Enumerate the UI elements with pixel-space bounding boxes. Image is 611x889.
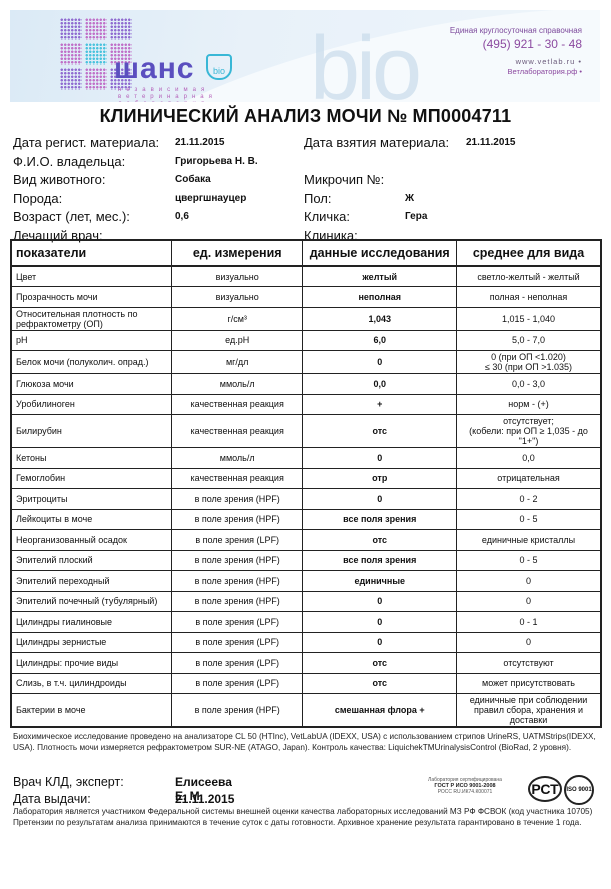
- table-row: Неорганизованный осадокв поле зрения (LP…: [11, 530, 601, 551]
- table-row: Цилиндры зернистыев поле зрения (LPF)00: [11, 632, 601, 653]
- owner-label: Ф.И.О. владельца:: [13, 154, 125, 169]
- table-row: Кетоныммоль/л00,0: [11, 448, 601, 469]
- unit-cell: качественная реакция: [171, 415, 303, 448]
- bio-watermark: bio: [310, 18, 418, 102]
- result-cell: 0: [303, 351, 457, 374]
- age-value: 0,6: [175, 211, 189, 222]
- reference-cell: 5,0 - 7,0: [457, 330, 601, 351]
- logo-bio-icon: bio: [206, 54, 232, 80]
- result-cell: 0: [303, 448, 457, 469]
- table-row: Эпителий плоскийв поле зрения (HPF)все п…: [11, 550, 601, 571]
- table-row: Эпителий почечный (тубулярный)в поле зре…: [11, 591, 601, 612]
- unit-cell: в поле зрения (LPF): [171, 632, 303, 653]
- reference-cell: 0: [457, 591, 601, 612]
- reference-cell: 0: [457, 571, 601, 592]
- param-cell: Уробилиноген: [11, 394, 171, 415]
- logo-subtitle-line: лаборатория: [118, 101, 217, 102]
- cert-line: РОСС RU.ИК74.К00071: [410, 789, 520, 795]
- results-table: показатели ед. измерения данные исследов…: [10, 239, 602, 728]
- reference-cell: норм - (+): [457, 394, 601, 415]
- reg-date-value: 21.11.2015: [175, 137, 225, 148]
- column-header: среднее для вида: [457, 240, 601, 266]
- table-row: Прозрачность мочивизуальнонеполнаяполная…: [11, 287, 601, 308]
- signature-block: Врач КЛД, эксперт: Елисеева Е. М. Дата в…: [13, 775, 124, 809]
- table-row: Цилиндры: прочие видыв поле зрения (LPF)…: [11, 653, 601, 674]
- reference-cell: отрицательная: [457, 468, 601, 489]
- table-header-row: показатели ед. измерения данные исследов…: [11, 240, 601, 266]
- pet-name-label: Кличка:: [304, 209, 350, 224]
- unit-cell: ед.pH: [171, 330, 303, 351]
- table-row: Белок мочи (полуколич. опрад.)мг/дл00 (п…: [11, 351, 601, 374]
- column-header: показатели: [11, 240, 171, 266]
- unit-cell: в поле зрения (LPF): [171, 653, 303, 674]
- sex-value: Ж: [405, 193, 414, 204]
- reference-cell: 0: [457, 632, 601, 653]
- param-cell: Белок мочи (полуколич. опрад.): [11, 351, 171, 374]
- reference-cell: 0,0 - 3,0: [457, 374, 601, 395]
- unit-cell: в поле зрения (HPF): [171, 509, 303, 530]
- reference-cell: 1,015 - 1,040: [457, 307, 601, 330]
- footer-disclaimer: Лаборатория является участником Федераль…: [13, 806, 603, 828]
- param-cell: Билирубин: [11, 415, 171, 448]
- unit-cell: ммоль/л: [171, 374, 303, 395]
- param-cell: Относительная плотность по рефрактометру…: [11, 307, 171, 330]
- unit-cell: г/см³: [171, 307, 303, 330]
- unit-cell: в поле зрения (HPF): [171, 571, 303, 592]
- result-cell: неполная: [303, 287, 457, 308]
- sample-date-value: 21.11.2015: [466, 137, 516, 148]
- table-row: Лейкоциты в мочев поле зрения (HPF)все п…: [11, 509, 601, 530]
- age-label: Возраст (лет, мес.):: [13, 209, 130, 224]
- iso-mark-icon: ISO 9001: [564, 775, 594, 805]
- logo-subtitle-line: независимая: [118, 87, 217, 94]
- method-note: Биохимическое исследование проведено на …: [13, 731, 603, 753]
- table-row: Эритроцитыв поле зрения (HPF)00 - 2: [11, 489, 601, 510]
- param-cell: pH: [11, 330, 171, 351]
- result-cell: 0: [303, 632, 457, 653]
- expert-label: Врач КЛД, эксперт:: [13, 775, 124, 789]
- param-cell: Глюкоза мочи: [11, 374, 171, 395]
- logo-wordmark: шанс: [114, 52, 195, 86]
- table-row: Относительная плотность по рефрактометру…: [11, 307, 601, 330]
- hotline-label: Единая круглосуточная справочная: [450, 26, 582, 35]
- table-row: pHед.pH6,05,0 - 7,0: [11, 330, 601, 351]
- result-cell: 0: [303, 591, 457, 612]
- website-rf-link[interactable]: Ветлаборатория.рф •: [450, 67, 582, 76]
- website-link[interactable]: www.vetlab.ru •: [450, 57, 582, 66]
- param-cell: Цвет: [11, 266, 171, 287]
- table-row: Слизь, в т.ч. цилиндроидыв поле зрения (…: [11, 673, 601, 694]
- unit-cell: в поле зрения (HPF): [171, 550, 303, 571]
- param-cell: Эритроциты: [11, 489, 171, 510]
- result-cell: отс: [303, 530, 457, 551]
- lab-banner: bio шанс bio независимая ветеринарная ла…: [10, 10, 600, 102]
- results-body: Цветвизуальножелтыйсветло-желтый - желты…: [11, 266, 601, 727]
- result-cell: отр: [303, 468, 457, 489]
- issue-date-label: Дата выдачи:: [13, 792, 91, 806]
- result-cell: 1,043: [303, 307, 457, 330]
- reference-cell: единичные при соблюдении правил сбора, х…: [457, 694, 601, 728]
- reference-cell: 0 - 2: [457, 489, 601, 510]
- reference-cell: может присутствовать: [457, 673, 601, 694]
- reference-cell: полная - неполная: [457, 287, 601, 308]
- unit-cell: ммоль/л: [171, 448, 303, 469]
- result-cell: желтый: [303, 266, 457, 287]
- result-cell: +: [303, 394, 457, 415]
- reference-cell: 0,0: [457, 448, 601, 469]
- reference-cell: отсутствуют: [457, 653, 601, 674]
- table-row: Цветвизуальножелтыйсветло-желтый - желты…: [11, 266, 601, 287]
- reference-cell: 0 - 5: [457, 550, 601, 571]
- reference-cell: 0 - 5: [457, 509, 601, 530]
- reference-cell: отсутствует; (кобели: при ОП ≥ 1,035 - д…: [457, 415, 601, 448]
- patient-info: Дата регист. материала: 21.11.2015 Дата …: [13, 135, 603, 246]
- unit-cell: мг/дл: [171, 351, 303, 374]
- reg-date-label: Дата регист. материала:: [13, 135, 159, 150]
- unit-cell: в поле зрения (HPF): [171, 591, 303, 612]
- param-cell: Гемоглобин: [11, 468, 171, 489]
- certification-text: Лаборатория сертифицирована ГОСТ Р ИСО 9…: [410, 777, 520, 795]
- result-cell: смешанная флора +: [303, 694, 457, 728]
- reference-cell: 0 - 1: [457, 612, 601, 633]
- unit-cell: в поле зрения (LPF): [171, 673, 303, 694]
- contacts: Единая круглосуточная справочная (495) 9…: [450, 26, 582, 76]
- table-row: Цилиндры гиалиновыев поле зрения (LPF)00…: [11, 612, 601, 633]
- param-cell: Кетоны: [11, 448, 171, 469]
- result-cell: отс: [303, 673, 457, 694]
- species-label: Вид животного:: [13, 172, 105, 187]
- reference-cell: 0 (при ОП <1.020) ≤ 30 (при ОП >1.035): [457, 351, 601, 374]
- phone-number[interactable]: (495) 921 - 30 - 48: [450, 37, 582, 51]
- column-header: ед. измерения: [171, 240, 303, 266]
- param-cell: Эпителий плоский: [11, 550, 171, 571]
- result-cell: 0: [303, 489, 457, 510]
- column-header: данные исследования: [303, 240, 457, 266]
- microchip-label: Микрочип №:: [304, 172, 384, 187]
- table-row: Глюкоза мочиммоль/л0,00,0 - 3,0: [11, 374, 601, 395]
- table-row: Уробилиногенкачественная реакция+норм - …: [11, 394, 601, 415]
- issue-date-value: 21.11.2015: [175, 792, 234, 806]
- page-title: КЛИНИЧЕСКИЙ АНАЛИЗ МОЧИ № МП0004711: [0, 106, 611, 127]
- table-row: Эпителий переходныйв поле зрения (HPF)ед…: [11, 571, 601, 592]
- result-cell: все поля зрения: [303, 509, 457, 530]
- species-value: Собака: [175, 174, 211, 185]
- unit-cell: в поле зрения (HPF): [171, 694, 303, 728]
- param-cell: Эпителий почечный (тубулярный): [11, 591, 171, 612]
- param-cell: Прозрачность мочи: [11, 287, 171, 308]
- result-cell: 6,0: [303, 330, 457, 351]
- logo-subtitle: независимая ветеринарная лаборатория: [118, 87, 217, 102]
- result-cell: отс: [303, 415, 457, 448]
- param-cell: Слизь, в т.ч. цилиндроиды: [11, 673, 171, 694]
- breed-label: Порода:: [13, 191, 62, 206]
- param-cell: Цилиндры: прочие виды: [11, 653, 171, 674]
- table-row: Бактерии в мочев поле зрения (HPF)смешан…: [11, 694, 601, 728]
- result-cell: отс: [303, 653, 457, 674]
- breed-value: цвергшнауцер: [175, 193, 246, 204]
- unit-cell: визуально: [171, 287, 303, 308]
- pet-name-value: Гера: [405, 211, 427, 222]
- param-cell: Цилиндры зернистые: [11, 632, 171, 653]
- logo-subtitle-line: ветеринарная: [118, 94, 217, 101]
- unit-cell: в поле зрения (HPF): [171, 489, 303, 510]
- unit-cell: в поле зрения (LPF): [171, 612, 303, 633]
- unit-cell: визуально: [171, 266, 303, 287]
- param-cell: Бактерии в моче: [11, 694, 171, 728]
- result-cell: все поля зрения: [303, 550, 457, 571]
- result-cell: 0: [303, 612, 457, 633]
- rst-mark-icon: РСТ: [528, 776, 562, 802]
- table-row: Гемоглобинкачественная реакцияотротрицат…: [11, 468, 601, 489]
- reference-cell: единичные кристаллы: [457, 530, 601, 551]
- owner-value: Григорьева Н. В.: [175, 156, 258, 167]
- unit-cell: качественная реакция: [171, 394, 303, 415]
- param-cell: Неорганизованный осадок: [11, 530, 171, 551]
- unit-cell: качественная реакция: [171, 468, 303, 489]
- result-cell: единичные: [303, 571, 457, 592]
- sex-label: Пол:: [304, 191, 332, 206]
- sample-date-label: Дата взятия материала:: [304, 135, 449, 150]
- reference-cell: светло-желтый - желтый: [457, 266, 601, 287]
- table-row: Билирубинкачественная реакцияотсотсутств…: [11, 415, 601, 448]
- param-cell: Лейкоциты в моче: [11, 509, 171, 530]
- param-cell: Цилиндры гиалиновые: [11, 612, 171, 633]
- result-cell: 0,0: [303, 374, 457, 395]
- param-cell: Эпителий переходный: [11, 571, 171, 592]
- unit-cell: в поле зрения (LPF): [171, 530, 303, 551]
